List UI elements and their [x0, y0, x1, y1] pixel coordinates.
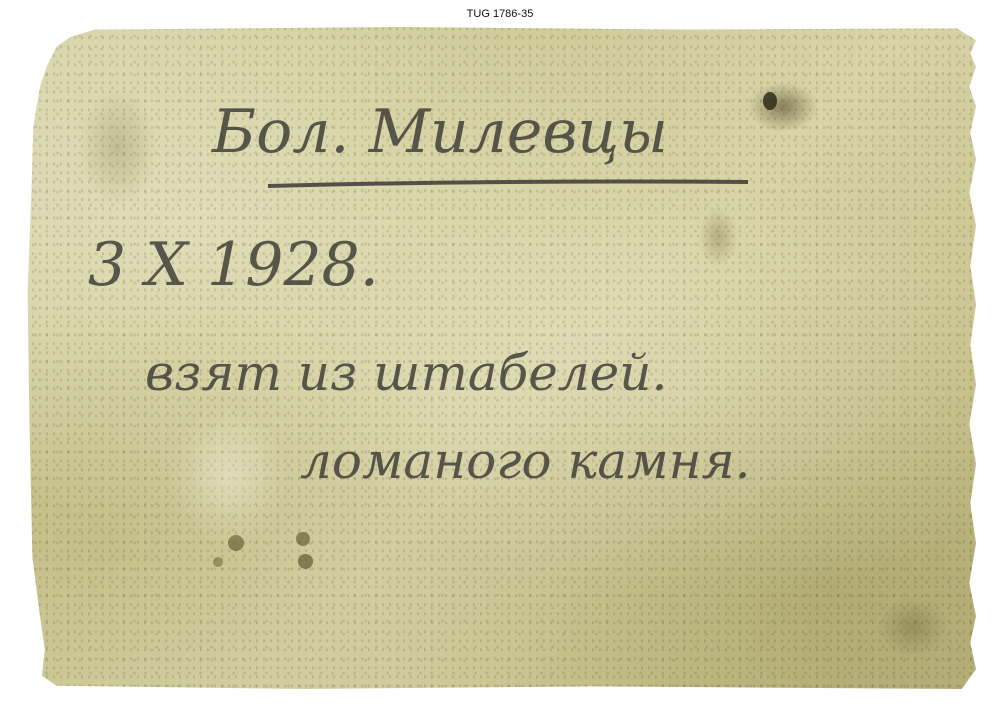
- note-line-1: взят из штабелей.: [145, 344, 667, 402]
- date-text: 3 X 1928.: [88, 230, 379, 300]
- heading-text: Бол. Милевцы: [211, 97, 668, 167]
- handwriting-layer: Бол. Милевцы 3 X 1928. взят из штабелей.…: [0, 0, 1000, 714]
- note-line-2: ломаного камня.: [300, 432, 751, 490]
- underline: [268, 182, 748, 187]
